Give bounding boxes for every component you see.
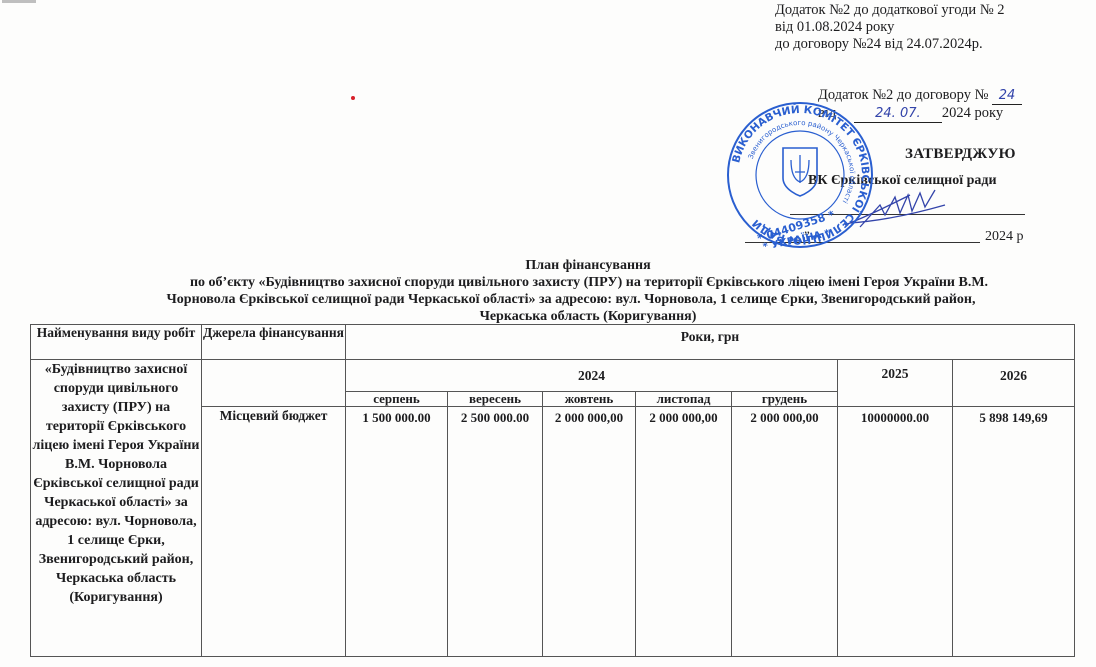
addendum-date-suffix: 2024 року (942, 105, 1003, 121)
cell-2026: 5 898 149,69 (953, 407, 1075, 657)
header-year-2024: 2024 (346, 360, 838, 392)
cell-2024-december: 2 000 000,00 (732, 407, 838, 657)
scan-edge-mark (2, 0, 36, 3)
addendum-supplementary-line3: до договору №24 від 24.07.2024р. (775, 36, 1005, 53)
title-line3: Чорновола Єрківської селищної ради Черка… (0, 291, 1096, 308)
svg-text:Звенигородського району Черкас: Звенигородського району Черкаської облас… (747, 119, 856, 205)
cell-2024-september: 2 500 000.00 (448, 407, 543, 657)
addendum-supplementary-line2: від 01.08.2024 року (775, 19, 1005, 36)
header-month-august: серпень (346, 392, 448, 407)
approval-heading: ЗАТВЕРДЖУЮ (905, 146, 1016, 163)
cell-funding-source: Місцевий бюджет (202, 407, 346, 657)
cell-2024-august: 1 500 000.00 (346, 407, 448, 657)
addendum-supplementary-block: Додаток №2 до додаткової угоди № 2 від 0… (775, 2, 1005, 53)
header-funding-source: Джерела фінансування (202, 325, 346, 360)
official-stamp-icon: ВИКОНАВЧИЙ КОМІТЕТ ЄРКІВСЬКОЇ СЕЛИЩНОЇ Р… (725, 100, 875, 250)
title-line2: по об’єкту «Будівництво захисної споруди… (0, 274, 1096, 291)
header-month-september: вересень (448, 392, 543, 407)
approval-year: 2024 р (985, 229, 1024, 245)
document-title: План фінансування по об’єкту «Будівництв… (0, 257, 1096, 325)
financing-table-wrapper: Найменування виду робіт Джерела фінансув… (30, 324, 1075, 657)
cell-2024-november: 2 000 000,00 (636, 407, 732, 657)
header-month-december: грудень (732, 392, 838, 407)
header-year-2025: 2025 (838, 360, 953, 407)
header-month-october: жовтень (543, 392, 636, 407)
header-month-november: листопад (636, 392, 732, 407)
header-years: Роки, грн (346, 325, 1075, 360)
addendum-supplementary-line1: Додаток №2 до додаткової угоди № 2 (775, 2, 1005, 19)
cell-2025: 10000000.00 (838, 407, 953, 657)
cell-2024-october: 2 000 000,00 (543, 407, 636, 657)
title-line1: План фінансування (0, 257, 1096, 274)
contract-number-handwritten: 24 (992, 87, 1022, 105)
financing-table: Найменування виду робіт Джерела фінансув… (30, 324, 1075, 657)
header-year-2026: 2026 (953, 360, 1075, 407)
cell-work-type: «Будівництво захисної споруди цивільного… (31, 360, 202, 657)
title-line4: Черкаська область (Коригування) (480, 309, 697, 325)
header-work-type: Найменування виду робіт (31, 325, 202, 360)
cell-funding-source-empty (202, 360, 346, 407)
red-ink-dot (351, 96, 355, 100)
